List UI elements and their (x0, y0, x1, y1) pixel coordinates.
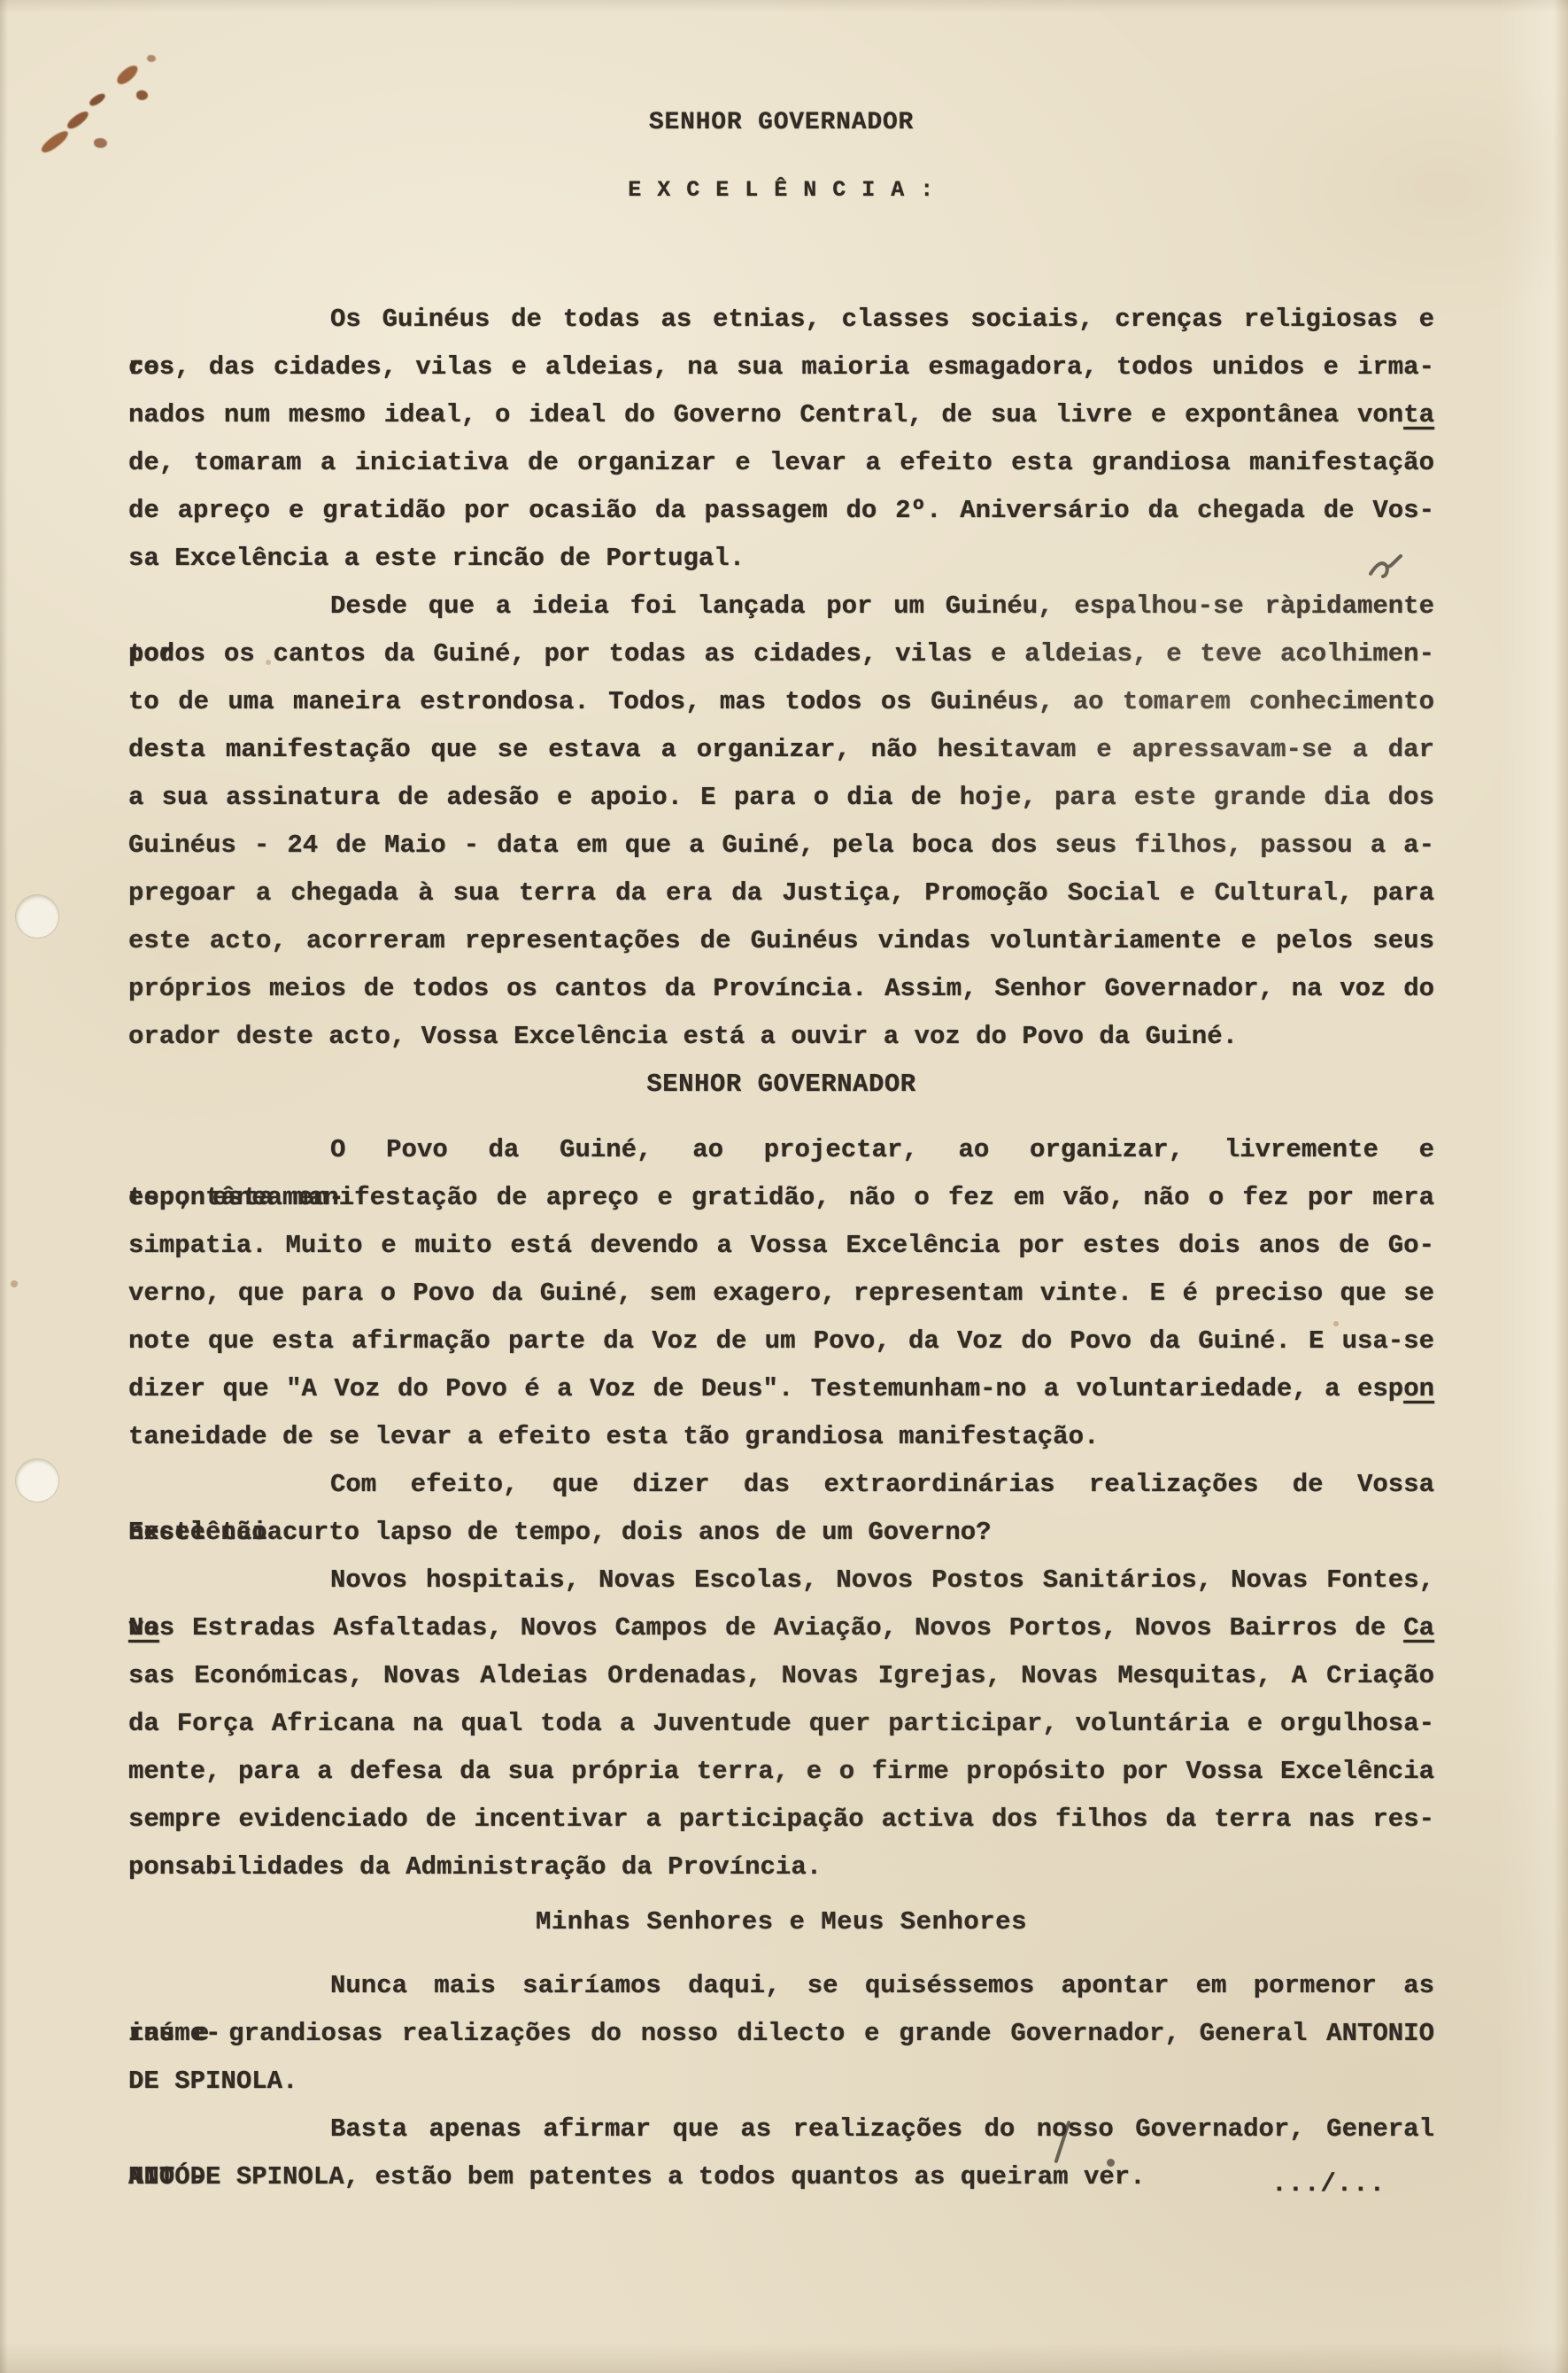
typewritten-line: neste tão curto lapso de tempo, dois ano… (128, 1509, 1434, 1557)
typewritten-line: de, tomaram a iniciativa de organizar e … (128, 439, 1434, 487)
doc-salutation: E X C E L Ê N C I A : (128, 166, 1434, 214)
typewritten-line: sas Económicas, Novas Aldeias Ordenadas,… (128, 1652, 1434, 1700)
typewritten-line: DE SPINOLA. (128, 2058, 1434, 2106)
paper-speck (11, 1280, 18, 1287)
typewritten-line: Desde que a ideia foi lançada por um Gui… (128, 583, 1434, 630)
typewritten-line: te , esta manifestação de apreço e grati… (128, 1174, 1434, 1222)
section-heading: SENHOR GOVERNADOR (128, 1061, 1434, 1109)
typewritten-line: todos os cantos da Guiné, por todas as c… (128, 630, 1434, 678)
typewritten-line: res, das cidades, vilas e aldeias, na su… (128, 344, 1434, 391)
typewritten-line: nados num mesmo ideal, o ideal do Govern… (128, 391, 1434, 439)
typewritten-line: de apreço e gratidão por ocasião da pass… (128, 487, 1434, 535)
typewritten-line: sa Excelência a este rincão de Portugal. (128, 535, 1434, 583)
typewritten-line: desta manifestação que se estava a organ… (128, 726, 1434, 774)
typewritten-line: ras e grandiosas realizações do nosso di… (128, 2010, 1434, 2058)
punch-hole (16, 1459, 58, 1502)
document-page: SENHOR GOVERNADOR E X C E L Ê N C I A : … (0, 0, 1568, 2373)
typewritten-line: to de uma maneira estrondosa. Todos, mas… (128, 678, 1434, 726)
typewritten-line: orador deste acto, Vossa Excelência está… (128, 1013, 1434, 1061)
typewritten-line: da Força Africana na qual toda a Juventu… (128, 1700, 1434, 1748)
typewritten-line: Nunca mais sairíamos daqui, se quiséssem… (128, 1962, 1434, 2010)
document-body: Os Guinéus de todas as etnias, classes s… (128, 296, 1434, 2201)
punch-hole (16, 895, 58, 938)
typewritten-line: pregoar a chegada à sua terra da era da … (128, 870, 1434, 917)
typewritten-content: SENHOR GOVERNADOR E X C E L Ê N C I A : … (128, 99, 1434, 2208)
typewritten-line: verno, que para o Povo da Guiné, sem exa… (128, 1270, 1434, 1318)
section-heading: Minhas Senhores e Meus Senhores (128, 1898, 1434, 1946)
typewritten-line: simpatia. Muito e muito está devendo a V… (128, 1222, 1434, 1270)
typewritten-line: mente, para a defesa da sua própria terr… (128, 1748, 1434, 1796)
typewritten-line: O Povo da Guiné, ao projectar, ao organi… (128, 1126, 1434, 1174)
typewritten-line: Com efeito, que dizer das extraordinária… (128, 1461, 1434, 1509)
typewritten-line: taneidade de se levar a efeito esta tão … (128, 1413, 1434, 1461)
typewritten-line: a sua assinatura de adesão e apoio. E pa… (128, 774, 1434, 822)
typewritten-line: Guinéus - 24 de Maio - data em que a Gui… (128, 822, 1434, 870)
typewritten-line: Basta apenas afirmar que as realizações … (128, 2106, 1434, 2153)
typewritten-line: Os Guinéus de todas as etnias, classes s… (128, 296, 1434, 344)
typewritten-line: vas Estradas Asfaltadas, Novos Campos de… (128, 1604, 1434, 1652)
typewritten-line: sempre evidenciado de incentivar a parti… (128, 1796, 1434, 1844)
typewritten-line: este acto, acorreram representações de G… (128, 917, 1434, 965)
typewritten-line: dizer que "A Voz do Povo é a Voz de Deus… (128, 1365, 1434, 1413)
typewritten-line: próprios meios de todos os cantos da Pro… (128, 965, 1434, 1013)
typewritten-line: Novos hospitais, Novas Escolas, Novos Po… (128, 1557, 1434, 1604)
typewritten-line: ponsabilidades da Administração da Proví… (128, 1844, 1434, 1891)
typewritten-line: note que esta afirmação parte da Voz de … (128, 1318, 1434, 1365)
doc-title: SENHOR GOVERNADOR (128, 99, 1434, 147)
